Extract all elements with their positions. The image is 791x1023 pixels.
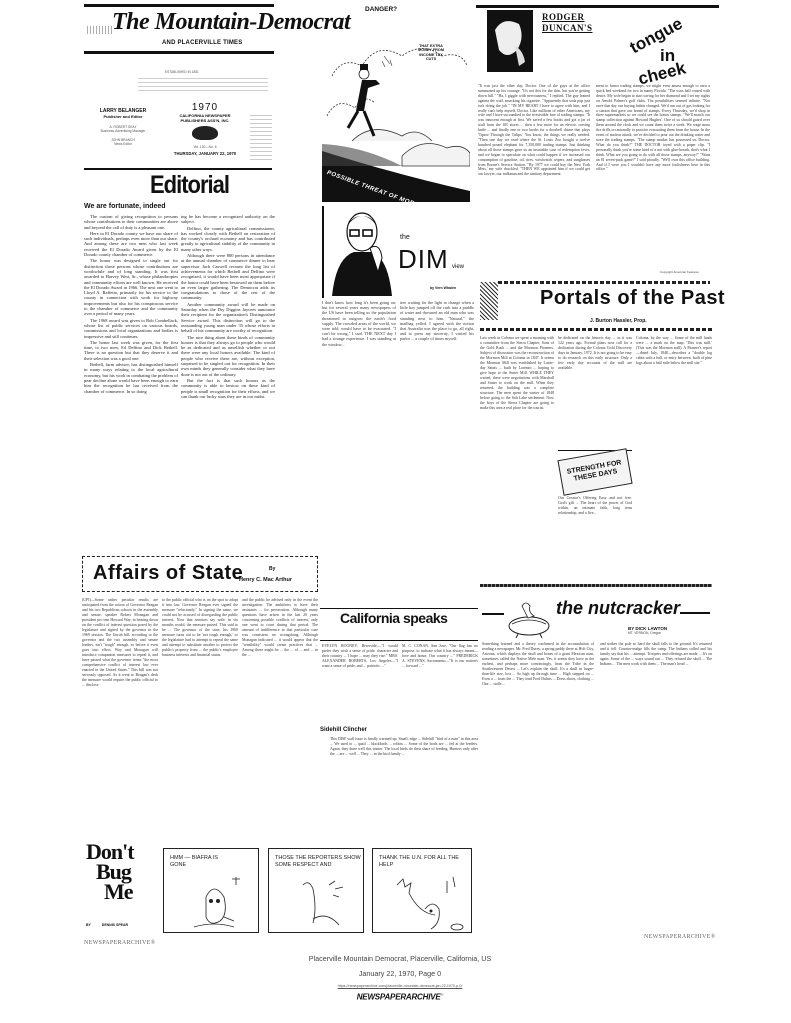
portals-bottom-rule	[480, 328, 712, 331]
comic-artist: DENNIS SPEAR	[102, 923, 128, 927]
comic-character-icon	[184, 877, 254, 933]
masthead-ornament	[87, 26, 113, 34]
california-column-1: EVELYN ROONEY, Riverside,—"I would prefe…	[322, 644, 398, 714]
award-year: 1970	[165, 102, 245, 113]
dim-view-column-2: tree waiting for the light to change whe…	[400, 300, 474, 540]
editorial-paragraph: The nice thing about these kinds of comm…	[181, 335, 275, 377]
footer-date-page: January 22, 1970, Page 0	[200, 969, 600, 979]
editorial-paragraph: Delfino, the county agricultural commiss…	[181, 226, 275, 252]
masthead-top-rule	[84, 4, 274, 7]
comic-byline: BY DENNIS SPEAR	[86, 923, 128, 927]
tongue-author: RODGER DUNCAN'S	[542, 12, 593, 34]
comic-panel-2: THOSE THE REPORTERS SHOW SOME RESPECT AN…	[268, 848, 364, 933]
tongue-column-1: "It was just the other day, Doctor. One …	[478, 84, 590, 276]
tongue-in-cheek-logo: tongue in cheek	[620, 22, 720, 82]
award-block: 1970 CALIFORNIA NEWSPAPER PUBLISHERS ASS…	[165, 102, 245, 156]
affairs-header-box: Affairs of State By Henry C. Mac Arthur	[82, 556, 318, 592]
cartoon-title: DANGER?	[365, 6, 397, 13]
masthead-right-fineprint	[250, 115, 272, 160]
editorial-paragraph: The honor last week was given, for the f…	[84, 340, 178, 361]
manager-role: Business-Advertising Manager	[88, 129, 158, 133]
logo-word-tongue: tongue	[627, 14, 686, 58]
editorial-column-2: ing he has become a recognized authority…	[181, 214, 275, 548]
editorial-section-title: Editorial	[150, 170, 229, 200]
strength-banner: STRENGTH FOR THESE DAYS	[557, 448, 632, 496]
editorial-paragraph: Bethell, farm advisor, has distinguished…	[84, 362, 178, 394]
comic-title-me: Me	[86, 882, 146, 902]
nutcracker-column-2: and strikes the pole so hard the skull f…	[600, 642, 712, 904]
footer: Placerville Mountain Democrat, Placervil…	[200, 954, 600, 1002]
affairs-title: Affairs of State	[93, 562, 243, 585]
comic-panel-3-speech: THANK THE U.N. FOR ALL THE HELP	[379, 855, 465, 869]
portals-top-rule	[498, 281, 710, 284]
author-photo-icon	[487, 10, 533, 72]
california-bottom-rule	[320, 640, 478, 641]
affairs-column-1: (UPI)—Some rather peculiar results are a…	[82, 598, 158, 828]
footer-url-link[interactable]: https://newspaperarchive.com/placerville…	[200, 983, 600, 989]
volume-line: Vol. 120—No. 6	[165, 145, 245, 149]
strength-banner-text: STRENGTH FOR THESE DAYS	[560, 458, 630, 486]
footer-brand-logo: NEWSPAPERARCHIVE®	[200, 992, 600, 1002]
portrait-icon	[328, 208, 392, 296]
affairs-by: By	[269, 566, 275, 572]
nutcracker-left-dash	[482, 613, 504, 615]
nutcracker-byline: BY DICK LAWTON MT. VERNON, Oregon	[628, 626, 667, 635]
nutcracker-top-rule	[480, 584, 712, 587]
editorial-paragraph: Here in El Dorado county we have our sha…	[84, 231, 178, 257]
affairs-column-2: to the public official who is on the spo…	[162, 598, 238, 824]
rodger-duncan-photo	[487, 10, 533, 72]
editorial-paragraph: Another community award will be made on …	[181, 302, 275, 334]
news-editor-role: News Editor	[88, 142, 158, 146]
editorial-column-1: The custom of giving recognition to pers…	[84, 214, 178, 548]
california-top-rule	[320, 608, 478, 609]
california-column-2: M. C. CONAN, San Jose, "Our flag has no …	[402, 644, 478, 714]
editorial-paragraph: ing he has become a recognized authority…	[181, 214, 275, 225]
nutcracker-title: the nutcracker	[556, 598, 680, 619]
portals-column-1: Last week in Coloma we spent a morning w…	[480, 336, 554, 566]
publisher-block: LARRY BELANGER Publisher and Editor A. R…	[88, 108, 158, 146]
nutcracker-place: MT. VERNON, Oregon	[628, 631, 667, 635]
dim-view-title-small: the	[400, 234, 410, 241]
tongue-column-2: ment to honor trading stamps, we might e…	[596, 84, 710, 270]
masthead-subtitle: AND PLACERVILLE TIMES	[162, 40, 242, 46]
editorial-paragraph: The honor was designed to single out for…	[84, 258, 178, 316]
comic-by: BY	[86, 923, 91, 927]
editorial-paragraph: Although there were 800 persons in atten…	[181, 253, 275, 301]
comic-character-icon	[387, 875, 471, 933]
comic-panel-3: THANK THE U.N. FOR ALL THE HELP	[372, 848, 472, 933]
dim-view-title-big: DIM	[398, 244, 449, 275]
dim-view-column-1: I don't know how long it's been going on…	[322, 300, 396, 540]
portals-title: Portals of the Past	[540, 287, 725, 310]
columnist-portrait	[328, 208, 392, 296]
portals-column-3: Coloma, by the way ... Some of the mill …	[636, 336, 712, 566]
california-speaks-title: California speaks	[340, 610, 447, 626]
tongue-copyright: Copyright American Features	[660, 270, 699, 274]
comic-character-icon	[289, 879, 359, 933]
watermark-left: NEWSPAPERARCHIVE®	[84, 940, 155, 946]
footer-brand: NEWSPAPERARCHIVE	[357, 993, 441, 1002]
issue-date: THURSDAY, JANUARY 22, 1970	[165, 151, 245, 156]
affairs-author: Henry C. Mac Arthur	[239, 577, 292, 583]
editorial-paragraph: The custom of giving recognition to pers…	[84, 214, 178, 230]
sidehill-text: This DIM' wall issue is finally warmed u…	[330, 737, 478, 827]
nutcracker-column-1: Something learned and a theory confirmed…	[482, 642, 594, 922]
affairs-column-3: and the public be advised only in the ev…	[242, 598, 318, 824]
dim-view-left-rule	[322, 206, 324, 298]
editorial-paragraph: But the fact is that such honors as the …	[181, 378, 275, 399]
dim-view-title-suffix: view	[452, 264, 464, 270]
masthead: The Mountain-Democrat AND PLACERVILLE TI…	[84, 4, 274, 54]
comic-panel-1-speech: HMM — BIAFRA IS GONE	[170, 855, 226, 869]
award-emblem-icon	[192, 126, 218, 140]
dim-view-header: the DIM view by Vern Whalen	[322, 206, 472, 298]
comic-panel-1: HMM — BIAFRA IS GONE	[163, 848, 259, 933]
cartoon-illustration-icon	[322, 16, 470, 202]
comic-panel-2-speech: THOSE THE REPORTERS SHOW SOME RESPECT AN…	[275, 855, 361, 869]
portals-ornament-icon	[480, 282, 498, 320]
nutcracker-emblem	[506, 598, 552, 640]
footer-publication: Placerville Mountain Democrat, Placervil…	[200, 954, 600, 964]
editorial-cartoon: THAT EXTRA MONEY FROM INCOME TAX CUTS PO…	[322, 16, 470, 202]
footer-brand-mark: ®	[441, 992, 444, 997]
dim-view-byline: by Vern Whalen	[430, 286, 456, 290]
author-first-name: RODGER	[542, 12, 593, 23]
portals-byline: J. Burton Hassler, Prop.	[590, 318, 647, 324]
nut-bowl-icon	[506, 598, 552, 640]
masthead-fineprint	[138, 78, 268, 92]
watermark-right: NEWSPAPERARCHIVE®	[644, 934, 715, 940]
tongue-top-rule	[476, 5, 719, 8]
strength-text: Our Creator's Offering Easy and not free…	[558, 496, 632, 556]
author-last-name: DUNCAN'S	[542, 23, 593, 34]
portals-column-2: be dedicated on the historic day ... as …	[558, 336, 632, 436]
nutcracker-right-dash	[680, 612, 710, 614]
masthead-title: The Mountain-Democrat	[112, 9, 350, 36]
editorial-paragraph: The 1968 award was given to Bob Combella…	[84, 318, 178, 339]
established-line: ESTABLISHED IN 1851	[165, 70, 199, 74]
publisher-role: Publisher and Editor	[88, 114, 158, 119]
editorial-headline: We are fortunate, indeed	[84, 203, 166, 210]
award-line2: PUBLISHERS ASS'N, INC.	[165, 118, 245, 123]
comic-title-block: Don't Bug Me	[86, 842, 146, 902]
masthead-bottom-rule	[84, 51, 274, 54]
cartoon-bubble-text: THAT EXTRA MONEY FROM INCOME TAX CUTS	[417, 44, 445, 62]
sidehill-title: Sidehill Clincher	[320, 727, 367, 733]
